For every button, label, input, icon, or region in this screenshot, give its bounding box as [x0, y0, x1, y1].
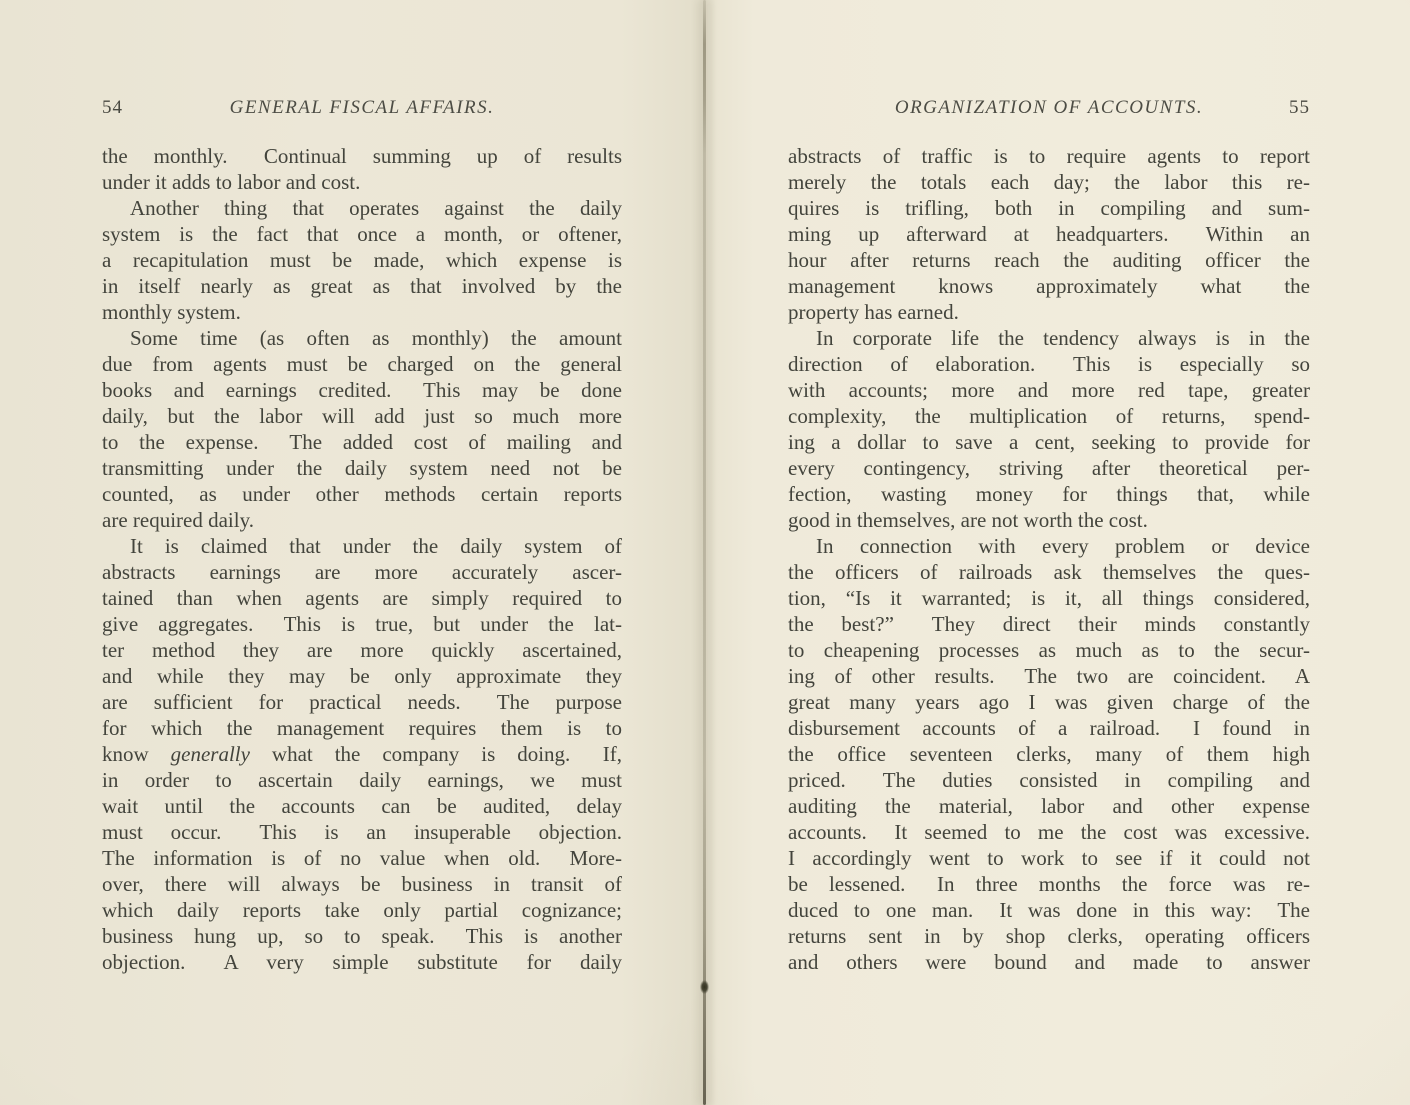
text-line: be lessened. In three months the force w… — [788, 871, 1310, 897]
text-line: objection. A very simple substitute for … — [102, 949, 622, 975]
text-line: for which the management requires them i… — [102, 715, 622, 741]
text-line: Another thing that operates against the … — [102, 195, 622, 221]
text-line: the best?” They direct their minds const… — [788, 611, 1310, 637]
text-line: In corporate life the tendency always is… — [788, 325, 1310, 351]
text-line: to cheapening processes as much as to th… — [788, 637, 1310, 663]
text-line: tion, “Is it warranted; is it, all thing… — [788, 585, 1310, 611]
text-line: accounts. It seemed to me the cost was e… — [788, 819, 1310, 845]
running-title: GENERAL FISCAL AFFAIRS. — [102, 96, 622, 120]
binding-stitch-hole — [700, 980, 709, 994]
text-line: the officers of railroads ask themselves… — [788, 559, 1310, 585]
text-line: management knows approximately what the — [788, 273, 1310, 299]
text-line: Some time (as often as monthly) the amou… — [102, 325, 622, 351]
text-line: under it adds to labor and cost. — [102, 169, 622, 195]
text-line: tained than when agents are simply requi… — [102, 585, 622, 611]
page-left: 54 GENERAL FISCAL AFFAIRS. the monthly. … — [0, 0, 705, 1105]
text-line: transmitting under the daily system need… — [102, 455, 622, 481]
page-header-left: 54 GENERAL FISCAL AFFAIRS. — [102, 96, 622, 122]
page-number: 54 — [102, 96, 123, 120]
text-line: auditing the material, labor and other e… — [788, 793, 1310, 819]
page-right: ORGANIZATION OF ACCOUNTS. 55 abstracts o… — [705, 0, 1410, 1105]
text-line: ing a dollar to save a cent, seeking to … — [788, 429, 1310, 455]
running-title: ORGANIZATION OF ACCOUNTS. — [788, 96, 1310, 120]
text-line: in order to ascertain daily earnings, we… — [102, 767, 622, 793]
text-line: The information is of no value when old.… — [102, 845, 622, 871]
page-number: 55 — [1289, 96, 1310, 120]
text-line: In connection with every problem or devi… — [788, 533, 1310, 559]
text-line: which daily reports take only partial co… — [102, 897, 622, 923]
book-gutter-fold — [703, 0, 706, 1105]
text-line: returns sent in by shop clerks, operatin… — [788, 923, 1310, 949]
text-line: quires is trifling, both in compiling an… — [788, 195, 1310, 221]
text-line: are required daily. — [102, 507, 622, 533]
text-line: ming up afterward at headquarters. Withi… — [788, 221, 1310, 247]
text-line: I accordingly went to work to see if it … — [788, 845, 1310, 871]
text-line: and others were bound and made to answer — [788, 949, 1310, 975]
text-line: every contingency, striving after theore… — [788, 455, 1310, 481]
text-line: ing of other results. The two are coinci… — [788, 663, 1310, 689]
text-line: great many years ago I was given charge … — [788, 689, 1310, 715]
text-line: the office seventeen clerks, many of the… — [788, 741, 1310, 767]
text-line: ter method they are more quickly ascerta… — [102, 637, 622, 663]
text-line: know generally what the company is doing… — [102, 741, 622, 767]
text-line: system is the fact that once a month, or… — [102, 221, 622, 247]
text-line: good in themselves, are not worth the co… — [788, 507, 1310, 533]
text-line: give aggregates. This is true, but under… — [102, 611, 622, 637]
text-line: over, there will always be business in t… — [102, 871, 622, 897]
book-spread: 54 GENERAL FISCAL AFFAIRS. the monthly. … — [0, 0, 1410, 1105]
page-body-left: the monthly. Continual summing up of res… — [102, 143, 622, 975]
text-line: priced. The duties consisted in compilin… — [788, 767, 1310, 793]
text-line: disbursement accounts of a railroad. I f… — [788, 715, 1310, 741]
text-line: merely the totals each day; the labor th… — [788, 169, 1310, 195]
text-line: to the expense. The added cost of mailin… — [102, 429, 622, 455]
text-line: the monthly. Continual summing up of res… — [102, 143, 622, 169]
page-header-right: ORGANIZATION OF ACCOUNTS. 55 — [788, 96, 1310, 122]
text-line: a recapitulation must be made, which exp… — [102, 247, 622, 273]
text-line: duced to one man. It was done in this wa… — [788, 897, 1310, 923]
text-line: business hung up, so to speak. This is a… — [102, 923, 622, 949]
text-line: monthly system. — [102, 299, 622, 325]
text-line: must occur. This is an insuperable objec… — [102, 819, 622, 845]
text-line: wait until the accounts can be audited, … — [102, 793, 622, 819]
text-line: due from agents must be charged on the g… — [102, 351, 622, 377]
text-line: direction of elaboration. This is especi… — [788, 351, 1310, 377]
text-line: It is claimed that under the daily syste… — [102, 533, 622, 559]
text-line: in itself nearly as great as that involv… — [102, 273, 622, 299]
text-line: counted, as under other methods certain … — [102, 481, 622, 507]
text-line: complexity, the multiplication of return… — [788, 403, 1310, 429]
text-line: books and earnings credited. This may be… — [102, 377, 622, 403]
text-line: hour after returns reach the auditing of… — [788, 247, 1310, 273]
text-line: property has earned. — [788, 299, 1310, 325]
text-line: daily, but the labor will add just so mu… — [102, 403, 622, 429]
page-body-right: abstracts of traffic is to require agent… — [788, 143, 1310, 975]
text-line: abstracts earnings are more accurately a… — [102, 559, 622, 585]
text-line: and while they may be only approximate t… — [102, 663, 622, 689]
text-line: with accounts; more and more red tape, g… — [788, 377, 1310, 403]
text-line: abstracts of traffic is to require agent… — [788, 143, 1310, 169]
text-line: are sufficient for practical needs. The … — [102, 689, 622, 715]
text-line: fection, wasting money for things that, … — [788, 481, 1310, 507]
